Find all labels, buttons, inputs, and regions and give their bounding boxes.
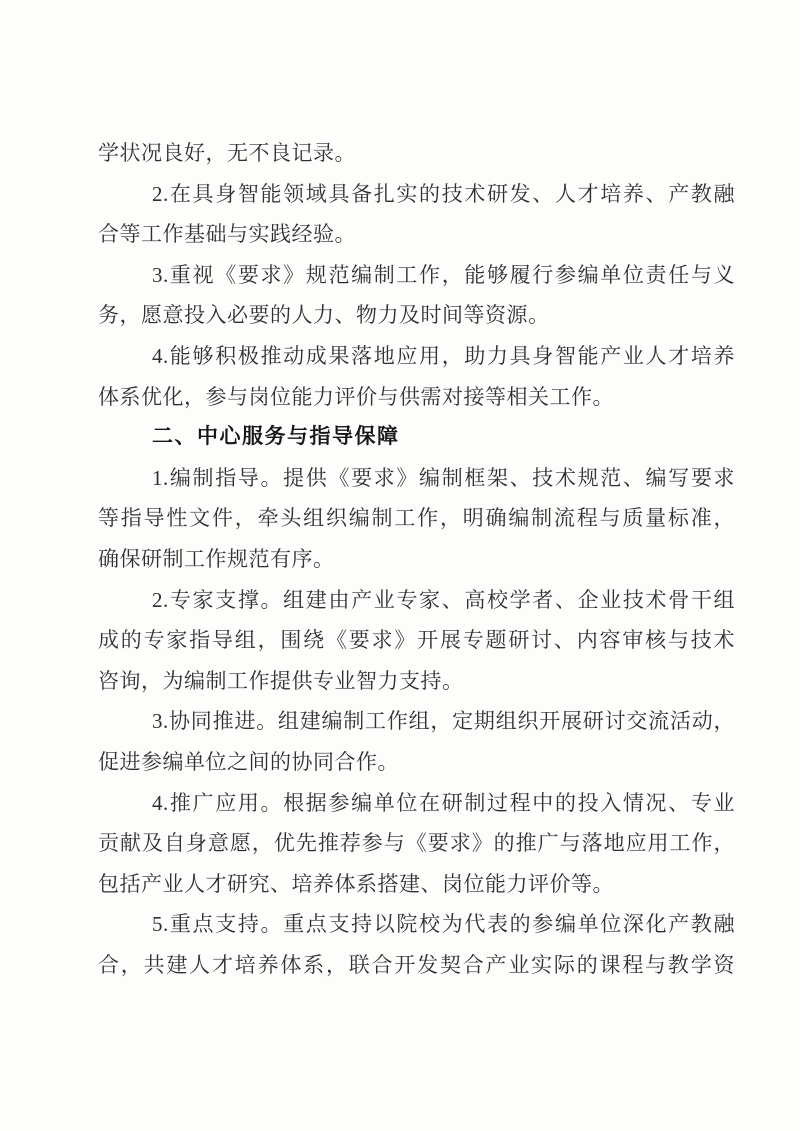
document-text-line: 成的专家指导组，围绕《要求》开展专题研讨、内容审核与技术 xyxy=(98,620,735,661)
document-text-line: 5.重点支持。重点支持以院校为代表的参编单位深化产教融 xyxy=(98,904,735,945)
document-text-line: 体系优化，参与岗位能力评价与供需对接等相关工作。 xyxy=(98,377,735,418)
section-heading: 二、中心服务与指导保障 xyxy=(98,417,735,458)
document-text-line: 等指导性文件，牵头组织编制工作，明确编制流程与质量标准， xyxy=(98,498,735,539)
document-text-line: 促进参编单位之间的协同合作。 xyxy=(98,742,735,783)
document-text-line: 3.协同推进。组建编制工作组，定期组织开展研讨交流活动， xyxy=(98,701,735,742)
document-text-line: 4.能够积极推动成果落地应用，助力具身智能产业人才培养 xyxy=(98,336,735,377)
document-text-line: 确保研制工作规范有序。 xyxy=(98,539,735,580)
document-text-line: 1.编制指导。提供《要求》编制框架、技术规范、编写要求 xyxy=(98,458,735,499)
document-text-line: 4.推广应用。根据参编单位在研制过程中的投入情况、专业 xyxy=(98,783,735,824)
document-text-line: 合等工作基础与实践经验。 xyxy=(98,214,735,255)
document-page-content: 学状况良好，无不良记录。2.在具身智能领域具备扎实的技术研发、人才培养、产教融合… xyxy=(98,133,735,985)
document-page: 学状况良好，无不良记录。2.在具身智能领域具备扎实的技术研发、人才培养、产教融合… xyxy=(0,0,800,1131)
document-text-line: 包括产业人才研究、培养体系搭建、岗位能力评价等。 xyxy=(98,864,735,905)
document-text-line: 咨询，为编制工作提供专业智力支持。 xyxy=(98,661,735,702)
document-text-line: 2.在具身智能领域具备扎实的技术研发、人才培养、产教融 xyxy=(98,174,735,215)
document-text-line: 务，愿意投入必要的人力、物力及时间等资源。 xyxy=(98,295,735,336)
document-text-line: 贡献及自身意愿，优先推荐参与《要求》的推广与落地应用工作， xyxy=(98,823,735,864)
document-text-line: 学状况良好，无不良记录。 xyxy=(98,133,735,174)
document-text-line: 2.专家支撑。组建由产业专家、高校学者、企业技术骨干组 xyxy=(98,580,735,621)
document-text-line: 合，共建人才培养体系，联合开发契合产业实际的课程与教学资 xyxy=(98,945,735,986)
document-text-line: 3.重视《要求》规范编制工作，能够履行参编单位责任与义 xyxy=(98,255,735,296)
